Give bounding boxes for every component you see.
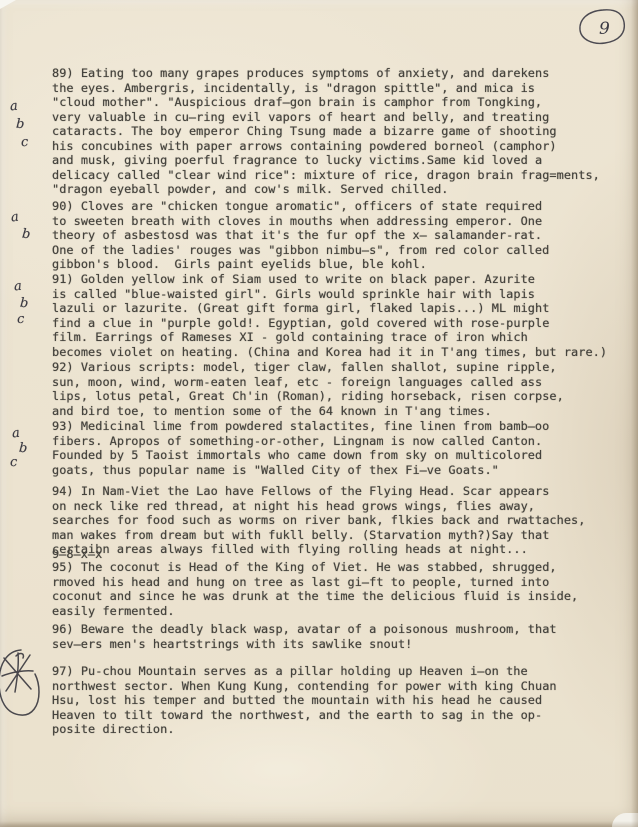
margin-letter-90b: b xyxy=(21,228,30,242)
margin-letter-93b: b xyxy=(19,442,28,456)
paragraph-91: 91) Golden yellow ink of Siam used to wr… xyxy=(52,272,607,359)
page-edge-shadow xyxy=(631,0,638,827)
margin-letter-93c: c xyxy=(10,456,18,469)
paragraph-96: 96) Beware the deadly black wasp, avatar… xyxy=(52,622,557,651)
margin-letter-91b: b xyxy=(20,297,29,311)
paragraph-94: 94) In Nam-Viet the Lao have Fellows of … xyxy=(52,484,585,557)
paragraph-93: 93) Medicinal lime from powdered stalact… xyxy=(52,419,549,477)
margin-letter-89b: b xyxy=(16,118,25,131)
paragraph-92: 92) Various scripts: model, tiger claw, … xyxy=(52,360,564,418)
margin-letter-90a: a xyxy=(10,211,19,225)
margin-letter-91a: a xyxy=(13,280,22,294)
document-page: 9 89) Eating too many grapes produces sy… xyxy=(0,0,638,827)
page-edge-shadow xyxy=(0,821,638,827)
paragraph-97: 97) Pu-chou Mountain serves as a pillar … xyxy=(52,664,557,737)
margin-letter-93a: a xyxy=(11,427,20,441)
margin-letter-89a: a xyxy=(9,100,18,114)
circled-asterisk-icon xyxy=(0,644,45,722)
page-corner-highlight xyxy=(0,0,16,9)
paragraph-89: 89) Eating too many grapes produces symp… xyxy=(52,66,600,197)
margin-letter-91c: c xyxy=(17,313,25,326)
page-number-annotation: 9 xyxy=(577,6,629,48)
paragraph-95: 95) The coconut is Head of the King of V… xyxy=(52,560,578,618)
page-number: 9 xyxy=(599,19,610,39)
margin-letter-89c: c xyxy=(21,136,29,149)
paragraph-90: 90) Cloves are "chicken tongue aromatic"… xyxy=(52,199,549,272)
